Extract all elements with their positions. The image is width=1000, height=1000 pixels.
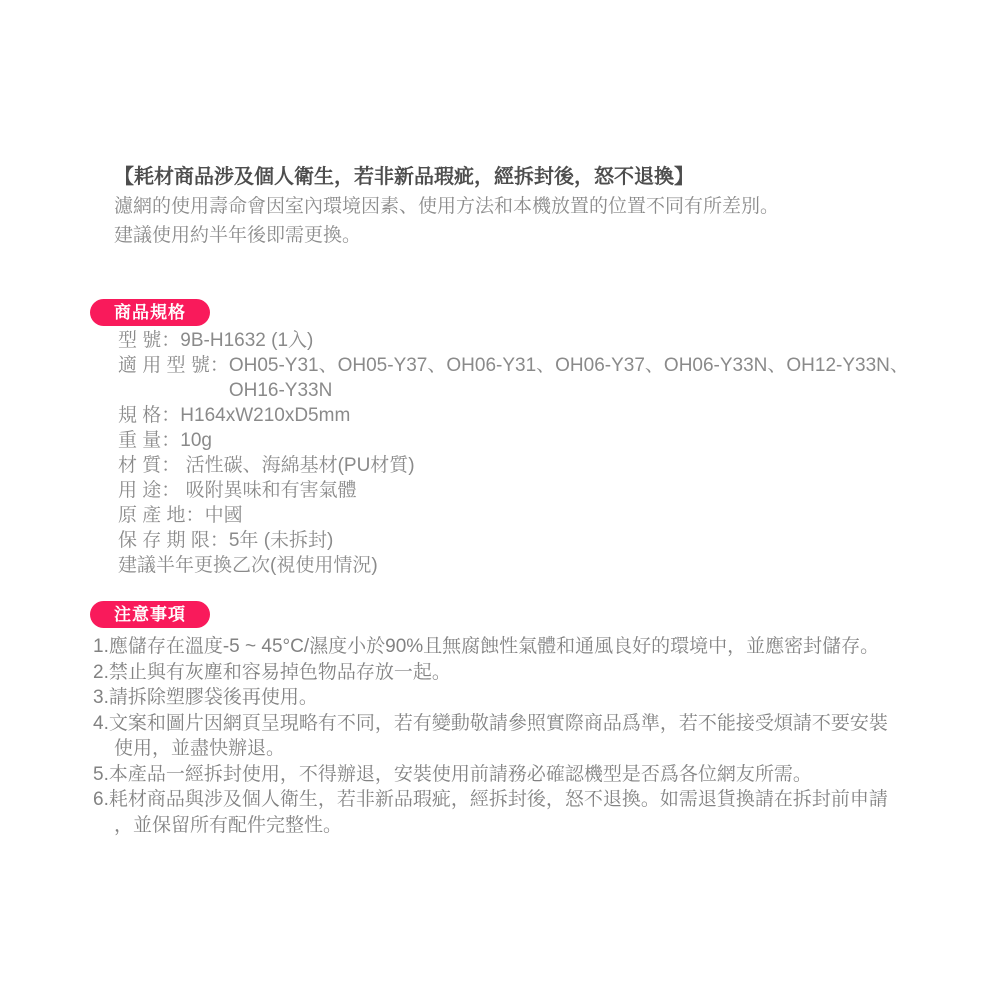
spec-row-compatible-models: 適 用 型 號： OH05-Y31、OH05-Y37、OH06-Y31、OH06… — [118, 353, 925, 403]
spec-list: 型 號： 9B-H1632 (1入) 適 用 型 號： OH05-Y31、OH0… — [118, 328, 925, 578]
note-item-2: 2.禁止與有灰塵和容易掉色物品存放一起。 — [93, 660, 928, 686]
spec-label: 型 號： — [118, 328, 180, 353]
spec-label: 保 存 期 限： — [118, 528, 229, 553]
spec-label: 材 質： — [118, 453, 180, 478]
spec-row-replacement-advice: 建議半年更換乙次(視使用情況) — [118, 553, 925, 578]
spec-value: 活性碳、海綿基材(PU材質) — [180, 453, 414, 478]
spec-row-usage: 用 途： 吸附異味和有害氣體 — [118, 478, 925, 503]
product-specs-section: 商品規格 型 號： 9B-H1632 (1入) 適 用 型 號： OH05-Y3… — [90, 299, 925, 578]
spec-label: 規 格： — [118, 403, 180, 428]
spec-row-weight: 重 量： 10g — [118, 428, 925, 453]
return-policy-intro: 【耗材商品涉及個人衛生，若非新品瑕疵，經拆封後，怒不退換】 濾網的使用壽命會因室… — [114, 162, 924, 250]
spec-row-model: 型 號： 9B-H1632 (1入) — [118, 328, 925, 353]
note-item-5: 5.本產品一經拆封使用，不得辦退，安裝使用前請務必確認機型是否爲各位網友所需。 — [93, 762, 928, 788]
notes-badge-row: 注意事項 — [90, 601, 928, 628]
note-list: 1.應儲存在溫度-5 ~ 45°C/濕度小於90%且無腐蝕性氣體和通風良好的環境… — [93, 634, 928, 838]
note-item-4: 4.文案和圖片因網頁呈現略有不同，若有變動敬請參照實際商品爲準，若不能接受煩請不… — [93, 711, 928, 762]
spec-value: 5年 (未拆封) — [229, 528, 334, 553]
spec-label: 用 途： — [118, 478, 180, 503]
spec-label: 重 量： — [118, 428, 180, 453]
spec-value: H164xW210xD5mm — [180, 403, 350, 428]
spec-value: 10g — [180, 428, 212, 453]
product-description-page: 【耗材商品涉及個人衛生，若非新品瑕疵，經拆封後，怒不退換】 濾網的使用壽命會因室… — [0, 0, 1000, 1000]
precautions-section: 注意事項 1.應儲存在溫度-5 ~ 45°C/濕度小於90%且無腐蝕性氣體和通風… — [90, 601, 928, 838]
spec-row-shelf-life: 保 存 期 限： 5年 (未拆封) — [118, 528, 925, 553]
intro-line-2: 建議使用約半年後即需更換。 — [114, 221, 924, 250]
spec-row-dimensions: 規 格： H164xW210xD5mm — [118, 403, 925, 428]
note-item-1: 1.應儲存在溫度-5 ~ 45°C/濕度小於90%且無腐蝕性氣體和通風良好的環境… — [93, 634, 928, 660]
spec-value: 中國 — [205, 503, 243, 528]
specs-badge-row: 商品規格 — [90, 299, 925, 326]
note-item-3: 3.請拆除塑膠袋後再使用。 — [93, 685, 928, 711]
spec-value: 吸附異味和有害氣體 — [180, 478, 356, 503]
notes-badge: 注意事項 — [90, 601, 210, 628]
specs-badge: 商品規格 — [90, 299, 210, 326]
spec-value: 建議半年更換乙次(視使用情況) — [118, 553, 378, 578]
intro-headline: 【耗材商品涉及個人衛生，若非新品瑕疵，經拆封後，怒不退換】 — [114, 162, 924, 192]
spec-label: 原 產 地： — [118, 503, 205, 528]
spec-row-origin: 原 產 地： 中國 — [118, 503, 925, 528]
spec-value: 9B-H1632 (1入) — [180, 328, 313, 353]
spec-row-material: 材 質： 活性碳、海綿基材(PU材質) — [118, 453, 925, 478]
intro-line-1: 濾網的使用壽命會因室內環境因素、使用方法和本機放置的位置不同有所差別。 — [114, 192, 924, 221]
spec-value: OH05-Y31、OH05-Y37、OH06-Y31、OH06-Y37、OH06… — [229, 353, 909, 403]
spec-label: 適 用 型 號： — [118, 353, 229, 378]
note-item-6: 6.耗材商品與涉及個人衛生，若非新品瑕疵，經拆封後，怒不退換。如需退貨換請在拆封… — [93, 787, 928, 838]
